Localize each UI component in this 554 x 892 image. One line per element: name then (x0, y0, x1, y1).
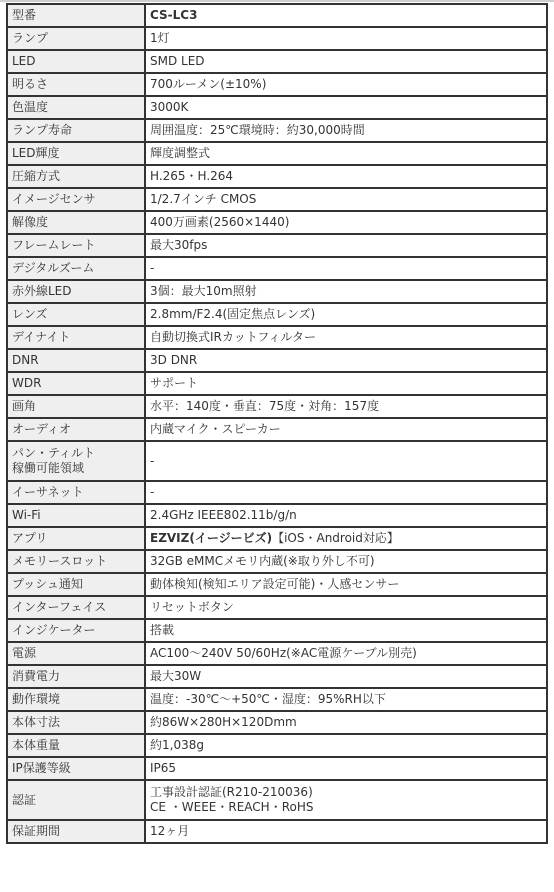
table-row: パン・ティルト 稼働可能領域 - (7, 441, 547, 481)
table-row: 本体重量 約1,038g (7, 734, 547, 757)
table-row: レンズ 2.8mm/F2.4(固定焦点レンズ) (7, 303, 547, 326)
spec-label-brightness: 明るさ (7, 73, 145, 96)
spec-value-indicator: 搭載 (145, 619, 547, 642)
spec-label-frame-rate: フレームレート (7, 234, 145, 257)
spec-label-dnr: DNR (7, 349, 145, 372)
top-divider (0, 0, 554, 2)
spec-value-angle: 水平：140度・垂直：75度・対角：157度 (145, 395, 547, 418)
table-row: デジタルズーム - (7, 257, 547, 280)
spec-label-power: 電源 (7, 642, 145, 665)
spec-value-pan-tilt: - (145, 441, 547, 481)
spec-label-lamp: ランプ (7, 27, 145, 50)
spec-value-digital-zoom: - (145, 257, 547, 280)
spec-label-certification: 認証 (7, 780, 145, 820)
spec-value-app: EZVIZ(イージービズ)【iOS・Android対応】 (145, 527, 547, 550)
table-row: Wi-Fi 2.4GHz IEEE802.11b/g/n (7, 504, 547, 527)
spec-value-certification: 工事設計認証(R210-210036) CE ・WEEE・REACH・RoHS (145, 780, 547, 820)
spec-value-interface: リセットボタン (145, 596, 547, 619)
table-row: フレームレート 最大30fps (7, 234, 547, 257)
table-row: DNR 3D DNR (7, 349, 547, 372)
table-row: 圧縮方式 H.265・H.264 (7, 165, 547, 188)
table-row: プッシュ通知 動体検知(検知エリア設定可能)・人感センサー (7, 573, 547, 596)
spec-label-push-notification: プッシュ通知 (7, 573, 145, 596)
table-row: 本体寸法 約86W×280H×120Dmm (7, 711, 547, 734)
spec-label-pan-tilt-line2: 稼働可能領域 (12, 461, 140, 476)
spec-value-frame-rate: 最大30fps (145, 234, 547, 257)
table-row: LED輝度 輝度調整式 (7, 142, 547, 165)
spec-label-resolution: 解像度 (7, 211, 145, 234)
spec-value-operating-env: 温度：-30℃～+50℃・湿度：95%RH以下 (145, 688, 547, 711)
spec-label-model: 型番 (7, 4, 145, 27)
spec-label-lens: レンズ (7, 303, 145, 326)
table-row: ランプ寿命 周囲温度：25℃環境時：約30,000時間 (7, 119, 547, 142)
spec-value-led: SMD LED (145, 50, 547, 73)
spec-value-color-temp: 3000K (145, 96, 547, 119)
spec-label-indicator: インジケーター (7, 619, 145, 642)
spec-label-pan-tilt-line1: パン・ティルト (12, 446, 140, 461)
spec-value-ip-rating: IP65 (145, 757, 547, 780)
spec-label-compression: 圧縮方式 (7, 165, 145, 188)
spec-label-color-temp: 色温度 (7, 96, 145, 119)
spec-value-ir-led: 3個：最大10m照射 (145, 280, 547, 303)
table-row: 型番 CS-LC3 (7, 4, 547, 27)
spec-value-compression: H.265・H.264 (145, 165, 547, 188)
table-row: ランプ 1灯 (7, 27, 547, 50)
spec-value-power-consumption: 最大30W (145, 665, 547, 688)
spec-value-wdr: サポート (145, 372, 547, 395)
spec-label-weight: 本体重量 (7, 734, 145, 757)
table-row: IP保護等級 IP65 (7, 757, 547, 780)
spec-label-lamp-life: ランプ寿命 (7, 119, 145, 142)
spec-label-day-night: デイナイト (7, 326, 145, 349)
spec-value-image-sensor: 1/2.7インチ CMOS (145, 188, 547, 211)
spec-label-memory-slot: メモリースロット (7, 550, 145, 573)
spec-label-wifi: Wi-Fi (7, 504, 145, 527)
app-platforms: 【iOS・Android対応】 (272, 531, 399, 545)
spec-label-digital-zoom: デジタルズーム (7, 257, 145, 280)
certification-line1: 工事設計認証(R210-210036) (150, 785, 542, 800)
spec-label-power-consumption: 消費電力 (7, 665, 145, 688)
spec-label-led: LED (7, 50, 145, 73)
table-row: 画角 水平：140度・垂直：75度・対角：157度 (7, 395, 547, 418)
table-row: 色温度 3000K (7, 96, 547, 119)
spec-value-model: CS-LC3 (145, 4, 547, 27)
spec-value-audio: 内蔵マイク・スピーカー (145, 418, 547, 441)
spec-label-operating-env: 動作環境 (7, 688, 145, 711)
table-row: 電源 AC100～240V 50/60Hz(※AC電源ケーブル別売) (7, 642, 547, 665)
table-row: 解像度 400万画素(2560×1440) (7, 211, 547, 234)
table-row: WDR サポート (7, 372, 547, 395)
spec-value-lamp: 1灯 (145, 27, 547, 50)
spec-value-weight: 約1,038g (145, 734, 547, 757)
table-row: メモリースロット 32GB eMMCメモリ内蔵(※取り外し不可) (7, 550, 547, 573)
spec-value-led-luminance: 輝度調整式 (145, 142, 547, 165)
spec-label-warranty: 保証期間 (7, 820, 145, 843)
spec-label-pan-tilt: パン・ティルト 稼働可能領域 (7, 441, 145, 481)
table-row: 動作環境 温度：-30℃～+50℃・湿度：95%RH以下 (7, 688, 547, 711)
spec-value-lamp-life: 周囲温度：25℃環境時：約30,000時間 (145, 119, 547, 142)
spec-label-interface: インターフェイス (7, 596, 145, 619)
spec-label-image-sensor: イメージセンサ (7, 188, 145, 211)
spec-value-power: AC100～240V 50/60Hz(※AC電源ケーブル別売) (145, 642, 547, 665)
spec-label-led-luminance: LED輝度 (7, 142, 145, 165)
spec-label-ir-led: 赤外線LED (7, 280, 145, 303)
spec-table: 型番 CS-LC3 ランプ 1灯 LED SMD LED 明るさ 700ルーメン… (6, 3, 548, 844)
spec-value-memory-slot: 32GB eMMCメモリ内蔵(※取り外し不可) (145, 550, 547, 573)
table-row: 認証 工事設計認証(R210-210036) CE ・WEEE・REACH・Ro… (7, 780, 547, 820)
spec-value-dnr: 3D DNR (145, 349, 547, 372)
spec-label-ip-rating: IP保護等級 (7, 757, 145, 780)
table-row: イメージセンサ 1/2.7インチ CMOS (7, 188, 547, 211)
certification-line2: CE ・WEEE・REACH・RoHS (150, 800, 542, 815)
table-row: デイナイト 自動切換式IRカットフィルター (7, 326, 547, 349)
spec-value-push-notification: 動体検知(検知エリア設定可能)・人感センサー (145, 573, 547, 596)
spec-value-day-night: 自動切換式IRカットフィルター (145, 326, 547, 349)
table-row: アプリ EZVIZ(イージービズ)【iOS・Android対応】 (7, 527, 547, 550)
table-row: インターフェイス リセットボタン (7, 596, 547, 619)
table-row: インジケーター 搭載 (7, 619, 547, 642)
app-name: EZVIZ(イージービズ) (150, 531, 272, 545)
spec-value-brightness: 700ルーメン(±10%) (145, 73, 547, 96)
table-row: 保証期間 12ヶ月 (7, 820, 547, 843)
spec-label-app: アプリ (7, 527, 145, 550)
spec-label-dimensions: 本体寸法 (7, 711, 145, 734)
spec-value-warranty: 12ヶ月 (145, 820, 547, 843)
spec-label-audio: オーディオ (7, 418, 145, 441)
spec-label-wdr: WDR (7, 372, 145, 395)
spec-label-angle: 画角 (7, 395, 145, 418)
spec-value-wifi: 2.4GHz IEEE802.11b/g/n (145, 504, 547, 527)
table-row: イーサネット - (7, 481, 547, 504)
table-row: 明るさ 700ルーメン(±10%) (7, 73, 547, 96)
spec-value-resolution: 400万画素(2560×1440) (145, 211, 547, 234)
table-row: オーディオ 内蔵マイク・スピーカー (7, 418, 547, 441)
table-row: 消費電力 最大30W (7, 665, 547, 688)
spec-value-ethernet: - (145, 481, 547, 504)
spec-value-dimensions: 約86W×280H×120Dmm (145, 711, 547, 734)
table-row: 赤外線LED 3個：最大10m照射 (7, 280, 547, 303)
spec-value-lens: 2.8mm/F2.4(固定焦点レンズ) (145, 303, 547, 326)
spec-label-ethernet: イーサネット (7, 481, 145, 504)
table-row: LED SMD LED (7, 50, 547, 73)
